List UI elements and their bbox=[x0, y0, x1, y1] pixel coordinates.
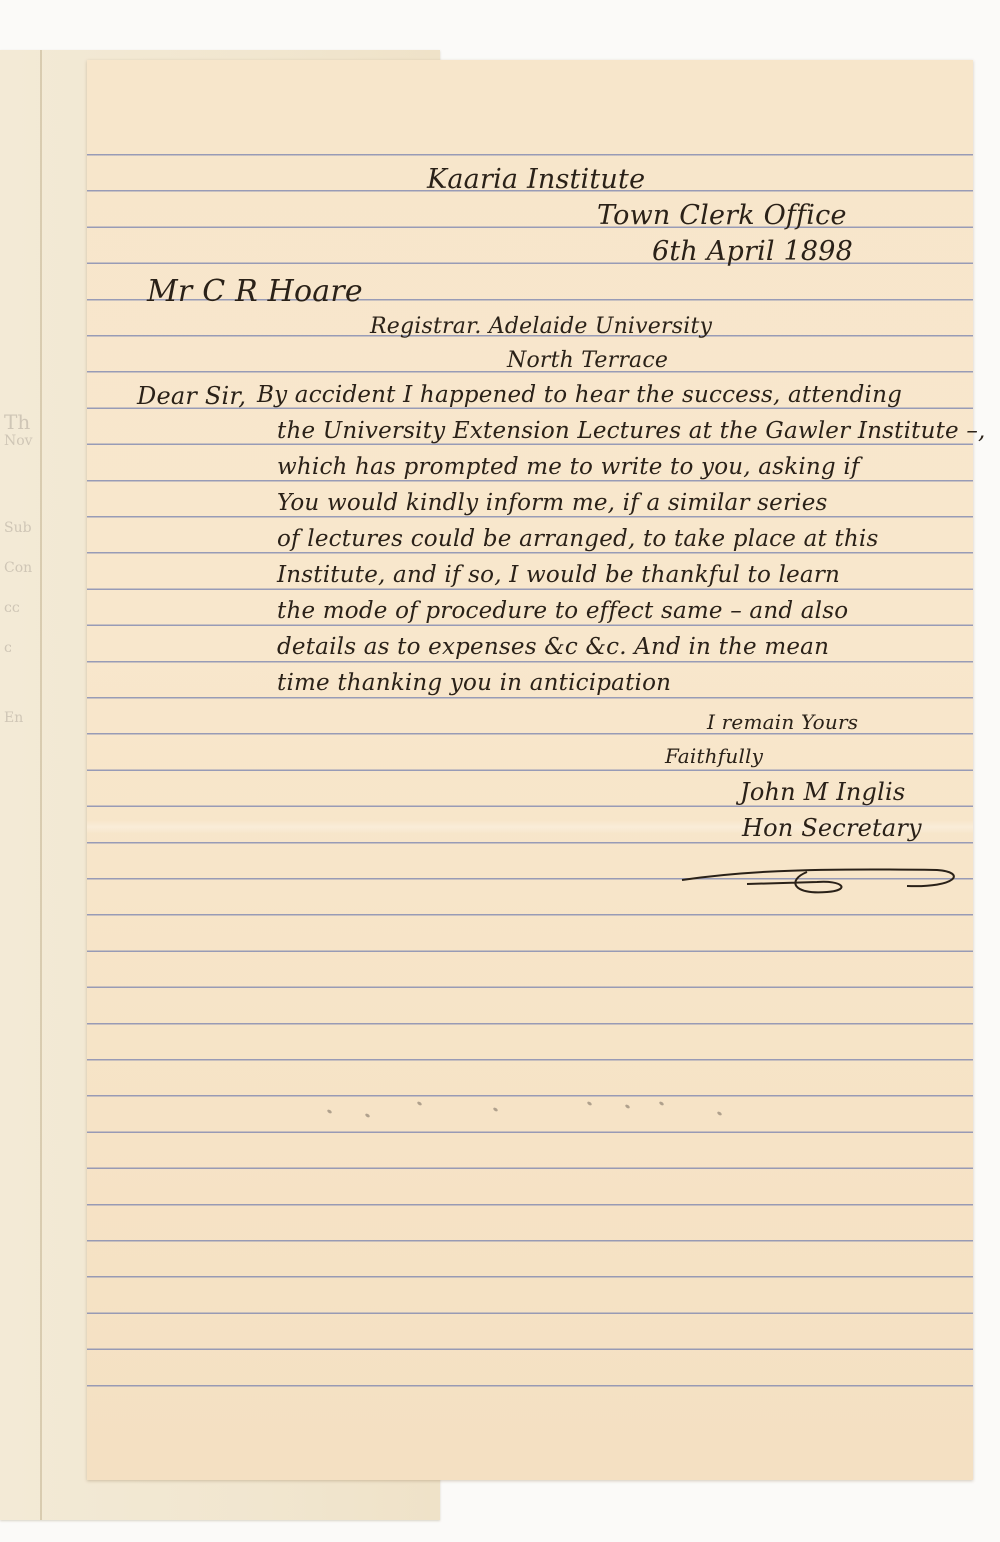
faint-print-fragment: Th bbox=[4, 410, 84, 434]
signature-flourish bbox=[677, 850, 967, 900]
faint-print-fragment: Con bbox=[4, 560, 84, 576]
letter-heading-institution: Kaaria Institute bbox=[427, 164, 645, 195]
letter-sheet: Kaaria Institute Town Clerk Office 6th A… bbox=[87, 60, 973, 1480]
underlying-sheet-fold bbox=[40, 50, 42, 1520]
faint-print-fragment: En bbox=[4, 710, 84, 726]
salutation: Dear Sir, bbox=[137, 382, 246, 410]
letter-date: 6th April 1898 bbox=[652, 236, 853, 267]
body-line: time thanking you in anticipation bbox=[277, 670, 671, 696]
body-line: of lectures could be arranged, to take p… bbox=[277, 526, 878, 552]
faint-print-fragment: ᴄ bbox=[4, 640, 84, 656]
ink-offset-marks bbox=[287, 1090, 787, 1150]
faint-print-fragment: Nov bbox=[4, 433, 84, 449]
faint-print-fragment: Sub bbox=[4, 520, 84, 536]
body-line: the University Extension Lectures at the… bbox=[277, 418, 986, 444]
body-line: By accident I happened to hear the succe… bbox=[257, 382, 902, 408]
recipient-name: Mr C R Hoare bbox=[147, 274, 363, 309]
body-line: which has prompted me to write to you, a… bbox=[277, 454, 860, 480]
signature: John M Inglis bbox=[740, 778, 905, 806]
body-line: You would kindly inform me, if a similar… bbox=[277, 490, 828, 516]
body-line: details as to expenses &c &c. And in the… bbox=[277, 634, 829, 660]
signatory-title: Hon Secretary bbox=[742, 814, 922, 842]
body-line: the mode of procedure to effect same – a… bbox=[277, 598, 848, 624]
faint-print-fragment: ᴄᴄ bbox=[4, 600, 84, 616]
closing-line: Faithfully bbox=[665, 744, 763, 768]
recipient-title: Registrar. Adelaide University bbox=[370, 314, 712, 339]
underlying-printed-text: Th Nov Sub Con ᴄᴄ ᴄ En bbox=[0, 50, 86, 1520]
letter-heading-office: Town Clerk Office bbox=[597, 200, 847, 231]
closing-line: I remain Yours bbox=[707, 710, 858, 734]
body-line: Institute, and if so, I would be thankfu… bbox=[277, 562, 840, 588]
recipient-address: North Terrace bbox=[507, 348, 668, 373]
